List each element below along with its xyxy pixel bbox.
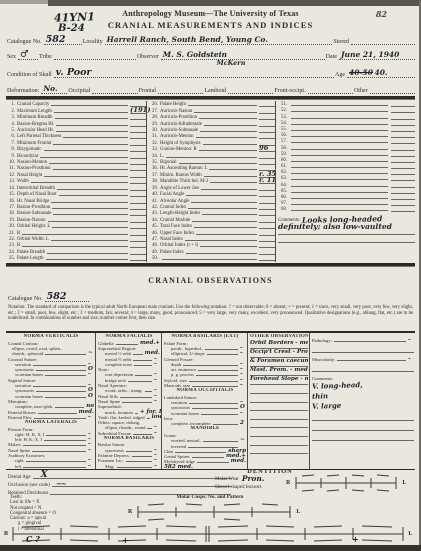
row-number: 61. [278, 164, 289, 169]
value-blank [391, 199, 415, 200]
value-blank [391, 193, 415, 194]
fill-line [133, 434, 152, 435]
row-number: 53. [278, 115, 289, 120]
observer-value: M. S. Goldstein [163, 50, 227, 59]
fill-line [196, 234, 257, 235]
deformation-subfield [228, 86, 273, 94]
deformation-field-label: Frontal [138, 88, 158, 94]
fill-line [192, 221, 257, 222]
handwritten-note: Occip't Crest - Prom. [250, 349, 308, 358]
handwritten-note: & Foramen caecum [250, 358, 308, 367]
observation-row: Pathology:– [312, 334, 414, 343]
value-blank [391, 143, 415, 144]
value-blank [391, 205, 415, 206]
value-blank [259, 215, 275, 216]
observation-label: Nose: [98, 367, 109, 372]
fill-line [185, 240, 257, 241]
other-observations-column: OTHER OBSERVATIONSOrbit Borders - med.Oc… [247, 333, 309, 469]
measurement-label: Total Face Index [160, 224, 192, 229]
fill-line [34, 418, 86, 419]
observation-label: p. g. process [164, 372, 194, 377]
measurement-number: 12. [6, 173, 17, 178]
value-blank [130, 126, 146, 127]
value-blank [130, 203, 146, 204]
fill-line [47, 253, 128, 254]
measurement-number: 45. [149, 224, 160, 229]
observation-label: ellipse, rhomb., round [98, 425, 145, 430]
measurements-col-1-25: 1.Cranial Capacity2.Maximum Length(191)3… [6, 101, 146, 262]
molar-wear-block: Molar Wear Pron. Shovel-shaped Incisors [215, 474, 285, 490]
fill-line [197, 462, 229, 463]
fill-line [63, 137, 128, 138]
observation-label: ovoid, orbic., triang. [98, 388, 143, 393]
value-blank [391, 187, 415, 188]
observation-row: mesial ½ orbitmed. [98, 351, 160, 356]
deformation-field-label: Lamboid [203, 88, 228, 94]
handwritten-value: ~ [88, 351, 94, 356]
deformation-field-label: Other [353, 88, 370, 94]
fill-line [205, 349, 238, 350]
handwritten-value: – [154, 399, 160, 404]
fill-line [134, 365, 152, 366]
molar-cusps-chart: R L [128, 502, 300, 522]
fill-line [204, 176, 257, 177]
occlusion-mark: ~~ [56, 479, 66, 488]
measurement-label: Minimum Frontal [17, 141, 51, 146]
value-blank [391, 168, 415, 169]
condition-label: Condition of Skull [6, 72, 54, 78]
handwritten-value: – [88, 415, 94, 420]
measurement-number: 43. [149, 211, 160, 216]
fill-line [51, 240, 128, 241]
row-number: 51. [278, 102, 289, 107]
measurement-label: L. [160, 154, 164, 159]
measurement-number: 21. [6, 231, 17, 236]
measurement-number: 1. [6, 102, 17, 107]
value-blank [259, 203, 275, 204]
value-blank [259, 247, 275, 248]
locality-label: Locality [82, 39, 105, 45]
handwritten-value: ~ [240, 438, 246, 443]
measurement-label: Mandible Thick bel. M-2 [160, 179, 208, 184]
measurement-label: Bizygomatic [17, 147, 42, 152]
value-blank [259, 209, 275, 210]
fill-line [203, 441, 238, 442]
value-blank [130, 177, 146, 178]
molar-wear-value: Pron. [239, 475, 265, 482]
handwritten-value: med.+ [140, 341, 160, 346]
corner-mark: 82 [376, 9, 387, 19]
occlusion-label: Occlusion (see code) [8, 483, 50, 488]
observer-added-value: McKern [217, 59, 246, 67]
locality-field: Harrell Ranch, South Bend, Young Co. [105, 37, 333, 45]
fill-line [186, 253, 257, 254]
observation-label: complete, naso-glab. [8, 404, 53, 409]
row-number: 63. [278, 176, 289, 181]
value-blank [130, 119, 146, 120]
handwritten-value: 96 [259, 145, 268, 151]
handwritten-value: (191) [130, 107, 151, 113]
measurement-number: 13. [6, 179, 17, 184]
value-blank [259, 126, 275, 127]
value-blank [259, 113, 275, 114]
dental-age-value: X [41, 471, 48, 479]
fill-line [53, 144, 128, 145]
measurement-number: 42. [149, 205, 160, 210]
observation-label: everted, neutral, [164, 438, 201, 443]
value-blank [259, 138, 275, 139]
observation-label: elliptical, U-shape [164, 351, 205, 356]
observation-label: Parietal Bosses [8, 410, 36, 415]
value-blank [130, 228, 146, 229]
value-blank [259, 158, 275, 159]
value-blank [130, 138, 146, 139]
measurement-number: 49. [149, 250, 160, 255]
observation-label: Styloid, size [164, 378, 187, 383]
fill-line [291, 179, 388, 180]
observation-label: Lambdoid Suture: [164, 395, 197, 400]
fill-line [120, 397, 152, 398]
observation-label: Nasal Spine [98, 399, 120, 404]
fill-line [53, 169, 128, 170]
dental-age-label: Dental Age [8, 475, 31, 480]
blank-line [250, 394, 308, 403]
dentition-mark-left: C ? [26, 534, 40, 544]
fill-line [192, 386, 238, 387]
measurements-col-26-50: 26.Palate Height27.Auriculo-Nasion28.Aur… [146, 101, 275, 262]
form-header: 41YN1 B-24 82 Anthropology Museum—The Un… [6, 7, 415, 97]
measurements-col-51-68: 51.52.53.54.55.56.57.58.59.60.61.62.63.6… [275, 101, 415, 262]
measurement-label: Basion-Subnasale [17, 211, 51, 216]
value-blank: (191) [130, 113, 146, 114]
blank-line [312, 411, 414, 421]
measurement-number: 20. [6, 224, 17, 229]
fill-line [199, 118, 257, 119]
row-number: 67. [278, 201, 289, 206]
fill-line [203, 144, 257, 145]
row-number: 57. [278, 139, 289, 144]
fill-line [334, 341, 406, 342]
locality-value: Harrell Ranch, South Bend, Young Co. [107, 35, 268, 44]
fill-line [116, 344, 138, 345]
fill-line [188, 105, 257, 106]
deformation-subfield [308, 86, 353, 94]
observation-label: Palatine Depress. [98, 453, 130, 458]
fill-line [147, 428, 152, 429]
dentition-section: DENTITION Dental Age X Occlusion (see co… [0, 468, 421, 545]
handwritten-value: med. [145, 351, 160, 356]
measurement-label: Palate Height [160, 102, 186, 107]
fill-line [135, 413, 138, 414]
fill-line [291, 105, 388, 106]
fill-line [51, 202, 128, 203]
observation-label: rhomb., spheroid [8, 351, 43, 356]
observation-label: serration [8, 383, 31, 388]
value-blank [259, 235, 275, 236]
fill-line [210, 182, 257, 183]
chart-left-label: L [296, 509, 300, 515]
blank-line [278, 235, 415, 243]
measurement-number: 35. [149, 160, 160, 165]
handwritten-value: r. 11 [259, 177, 276, 183]
date-value: June 21, 1940 [341, 50, 399, 59]
observation-label: art. eminence [164, 367, 196, 372]
measurement-row: 50. [149, 255, 275, 261]
fill-line [192, 408, 238, 409]
fill-line [291, 192, 388, 193]
section-heading: NORMA BASILARIS (EXT) [164, 334, 246, 340]
handwritten-value: – [240, 411, 246, 416]
value-blank [259, 222, 275, 223]
value-blank [130, 158, 146, 159]
norma-basilaris-ext-column: NORMA BASILARIS (EXT)Palate Form:parab.,… [161, 333, 247, 469]
observation-label: Genial Spines [164, 454, 190, 459]
handwritten-value: – [408, 338, 414, 343]
comments-row: definitely; also low-vaulted [278, 223, 415, 235]
observation-label: synostosis [164, 405, 190, 410]
fill-line [56, 131, 128, 132]
fill-line [196, 375, 238, 376]
measurement-number: 10. [6, 160, 17, 165]
value-blank [391, 174, 415, 175]
notation-paragraph: Notation: The standard of comparison is … [8, 305, 413, 322]
handwritten-value: – [240, 383, 246, 388]
scan-edge-top-left [0, 0, 48, 4]
chart-right-label: R [4, 531, 8, 537]
measurement-label: Ht. Ascending Ramus: L [160, 166, 207, 171]
fill-line [291, 155, 388, 156]
measurement-label: Cranial Index [160, 205, 186, 210]
fill-line [22, 234, 128, 235]
measurement-label: Facial Angle [160, 192, 184, 197]
observation-label: Glabella [98, 341, 114, 346]
measurement-number: 3. [6, 115, 17, 120]
age-struck-value: 40-50 [349, 68, 373, 77]
measurement-label: Nasion-Menton [17, 160, 47, 165]
observations-catalogue-line: Catalogue No. 582 [8, 293, 89, 302]
condition-line: Condition of Skull v. Poor Age 40-50 40. [6, 69, 415, 78]
measurement-label: Cranial Module [160, 218, 190, 223]
value-blank [391, 162, 415, 163]
observation-row: Muscularity:– [312, 353, 414, 362]
observation-label: Cranial Contour: [8, 341, 39, 346]
fill-line [291, 161, 388, 162]
full-dentition-chart-graphic [10, 522, 406, 545]
condition-value: v. Poor [56, 67, 92, 78]
measurement-label: Left Parietal Thickness [17, 134, 61, 139]
fill-line [194, 112, 257, 113]
section-rule [6, 96, 415, 98]
value-blank [259, 241, 275, 242]
value-blank [130, 254, 146, 255]
value-blank [391, 112, 415, 113]
measurement-label: Auricular Head Ht. [17, 128, 54, 133]
measurement-label: Orbital Width: L [17, 237, 49, 242]
measurement-number: 11. [6, 166, 17, 171]
value-blank [391, 211, 415, 212]
fill-line [48, 221, 128, 222]
observation-label: right [8, 458, 24, 463]
observation-label: Palate Form: [164, 341, 188, 346]
value-blank [391, 156, 415, 157]
value-blank [130, 190, 146, 191]
fill-line [53, 214, 128, 215]
handwritten-value: med. [231, 459, 246, 464]
observation-label: bridge arch [98, 378, 126, 383]
measurement-number: 19. [6, 218, 17, 223]
value-blank [259, 196, 275, 197]
value-blank [130, 222, 146, 223]
fill-line [183, 365, 238, 366]
measurement-label: Alveolar Angle [160, 199, 189, 204]
measurement-number: 50. [149, 256, 160, 261]
observations-catalogue-label: Catalogue No. [8, 296, 43, 302]
deformation-subfield [92, 86, 137, 94]
observation-label: Sagittal Suture: [8, 378, 36, 383]
fill-line [194, 227, 257, 228]
blank-line [250, 428, 308, 437]
measurement-label: R [17, 243, 20, 248]
handwritten-note: Mast. Prom. - med. [250, 367, 308, 376]
observation-label: Orbits: square, oblong, [98, 420, 140, 425]
shovel-incisors-label: Shovel-shaped Incisors [215, 482, 285, 490]
burial-number: B-24 [58, 23, 85, 34]
blank-line [250, 446, 308, 455]
fill-line [56, 125, 128, 126]
fill-line [40, 157, 128, 158]
molar-wear-row: Molar Wear Pron. [215, 474, 285, 482]
dentition-mark-right: + [352, 534, 359, 544]
fill-line [122, 402, 152, 403]
fill-line [291, 136, 388, 137]
measurement-number: 15. [6, 192, 17, 197]
row-number: 58. [278, 146, 289, 151]
fill-line [44, 150, 128, 151]
observation-label: Inca: [164, 416, 173, 421]
sex-label: Sex [6, 54, 18, 60]
deformation-subfields: OccipitalFrontalLamboidFront-occipt.Othe… [67, 86, 415, 94]
measurement-label: Ht. Nasal Bridge [17, 199, 49, 204]
fill-line [291, 198, 388, 199]
fill-line [44, 176, 128, 177]
fill-line [135, 375, 152, 376]
fill-line [189, 381, 238, 382]
value-blank [130, 151, 146, 152]
stored-label: Stored [332, 39, 351, 45]
row-number: 62. [278, 170, 289, 175]
fill-line [291, 173, 388, 174]
deformation-field-label: Occipital [67, 88, 92, 94]
measurement-label: Basion-Nasion [17, 218, 46, 223]
age-field: 40-50 40. [347, 70, 415, 78]
fill-line [196, 137, 257, 138]
measurement-label: Gonion-Menton: R [160, 147, 197, 152]
chart-right-label: R [128, 509, 132, 515]
deformation-field-label: Front-occipt. [273, 88, 307, 94]
value-blank [391, 106, 415, 107]
row-number: 56. [278, 133, 289, 138]
fill-line [201, 414, 238, 415]
measurement-label: Basion-Bregma Ht. [17, 122, 54, 127]
fill-line [198, 370, 238, 371]
measurement-row: 25.Palate Length [6, 255, 146, 261]
fill-line [204, 125, 257, 126]
observation-label: Supraorbital: [98, 404, 122, 409]
fill-line [213, 424, 238, 425]
measurement-number: 41. [149, 199, 160, 204]
fill-line [132, 456, 152, 457]
measurement-label: Palate Breadth [17, 250, 45, 255]
fill-line [126, 451, 152, 452]
value-blank: r. 11 [259, 183, 275, 184]
observation-label: synostosis [98, 448, 124, 453]
fill-line [33, 386, 86, 387]
value-blank [130, 215, 146, 216]
deformation-field: No. [41, 86, 67, 94]
chart-right-label: R [286, 480, 290, 486]
catalogue-line: Catalogue No. 582 Locality Harrell Ranch… [6, 36, 415, 45]
measurement-label: Upper Face Index [160, 231, 194, 236]
blank-line [250, 437, 308, 446]
blank-line [250, 411, 308, 420]
occlusion-row: Occlusion (see code) ~~ [8, 480, 233, 488]
value-blank [259, 132, 275, 133]
observer-field: M. S. GoldsteinMcKern [161, 52, 325, 60]
observation-label: depth [164, 362, 181, 367]
observation-label: Muscularity: [312, 357, 335, 362]
fill-line [291, 204, 388, 205]
value-blank [130, 132, 146, 133]
deformation-subfield [158, 86, 203, 94]
measurement-number: 34. [149, 154, 160, 159]
observation-label: notch, foramen [98, 410, 133, 415]
row-number: 52. [278, 108, 289, 113]
value-blank [259, 119, 275, 120]
observation-label: Vault: flat, keeled, ridged [98, 415, 145, 420]
observation-label: Nasal Sills [98, 394, 118, 399]
measurement-number: 31. [149, 134, 160, 139]
molar-cusps-label: Molar Cusps: No. and Pattern [120, 494, 300, 500]
observation-label: Pathology: [312, 338, 332, 343]
fill-line [145, 391, 152, 392]
fill-line [51, 105, 128, 106]
deformation-line: Deformation: No. OccipitalFrontalLamboid… [6, 86, 415, 94]
row-number: 65. [278, 189, 289, 194]
measurement-number: 17. [6, 205, 17, 210]
measurement-number: 9. [6, 154, 17, 159]
fill-line [166, 157, 257, 158]
dentition-mark-mid: + [122, 535, 129, 545]
deformation-label: Deformation: [6, 88, 41, 94]
fill-line [291, 167, 388, 168]
handwritten-value: – [154, 431, 160, 436]
observation-label: mesial ⅔ orbit [98, 357, 131, 362]
measurement-label: R [17, 231, 20, 236]
fill-line [44, 440, 86, 441]
value-blank [391, 137, 415, 138]
fill-line [46, 435, 86, 436]
fill-line [147, 418, 150, 419]
scan-edge-bottom [0, 545, 421, 551]
observations-catalogue-value: 582 [47, 291, 67, 302]
row-number: 60. [278, 158, 289, 163]
fill-line [291, 210, 388, 211]
fill-line [291, 149, 388, 150]
measurement-label: Bigonial [160, 160, 177, 165]
handwritten-value: – [154, 378, 160, 383]
section-heading: NORMA BASILARIS [98, 436, 160, 442]
measurement-number: 14. [6, 186, 17, 191]
